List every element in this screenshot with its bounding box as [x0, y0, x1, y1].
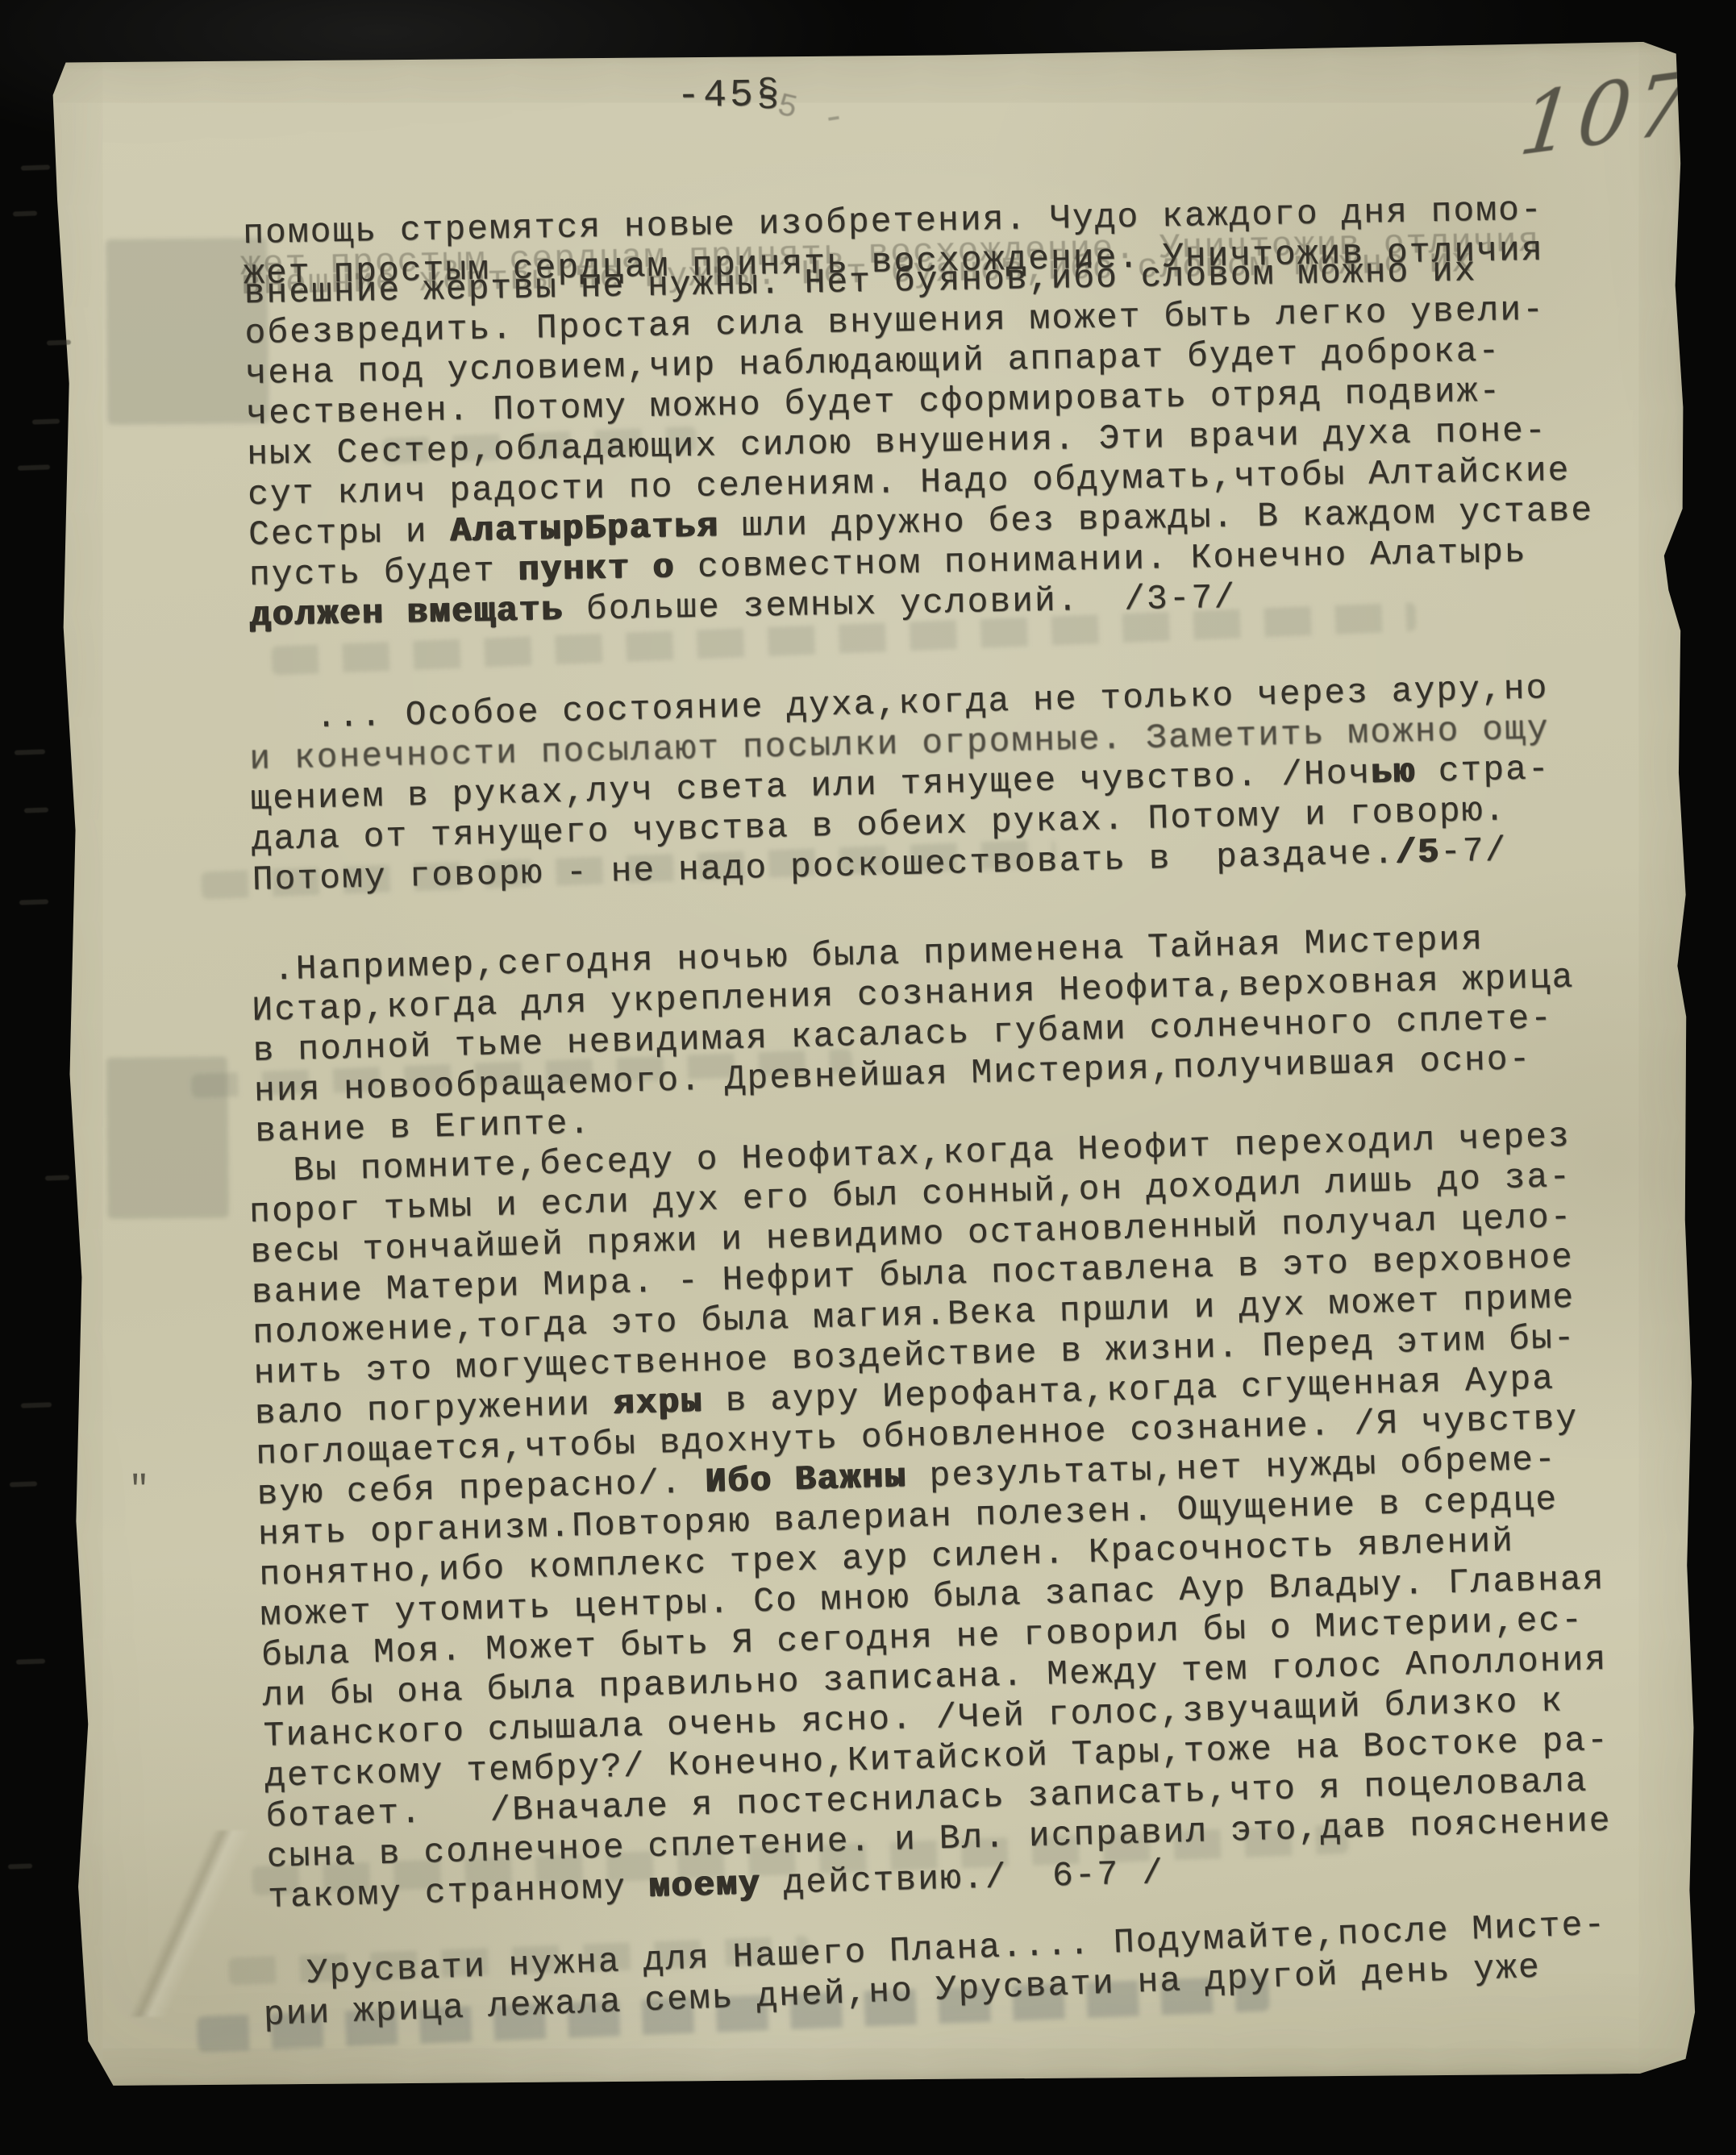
typed-segment: Сестры и	[248, 511, 451, 555]
margin-mark	[8, 1863, 32, 1869]
handwritten-folio-number: 107	[1515, 49, 1718, 176]
overtyped-text: /5	[1395, 832, 1441, 872]
margin-mark	[24, 807, 48, 813]
paragraph: Вы помните,беседу о Неофитах,когда Неофи…	[248, 1114, 1663, 1917]
typed-segment: -7/	[1439, 830, 1508, 872]
pencil-dash: -	[819, 95, 852, 142]
margin-mark	[13, 210, 37, 216]
overtyped-text: Ибо Важны	[705, 1457, 907, 1502]
margin-mark	[15, 749, 45, 755]
paragraph: .Например,сегодня ночью была применена Т…	[251, 915, 1651, 1152]
typed-segment: стра-	[1415, 749, 1551, 792]
page-number-text: -45	[676, 73, 756, 118]
bleed-through-smudge	[106, 1056, 229, 1219]
overtyped-text: ью	[1371, 752, 1417, 793]
typed-text: помощь стремятся новые изобретения. Чудо…	[244, 199, 1659, 2036]
margin-mark	[16, 1658, 45, 1664]
paragraph: помощь стремятся новые изобретения. Чудо…	[243, 188, 1645, 636]
margin-mark	[18, 464, 50, 470]
overtyped-text: пункт о	[518, 547, 676, 590]
margin-mark	[21, 164, 50, 170]
margin-mark	[45, 1175, 69, 1180]
overtyped-text: яхры	[613, 1382, 704, 1424]
paragraph: ... Особое состояние духа,когда не тольк…	[248, 666, 1647, 901]
margin-mark	[47, 339, 71, 345]
overtyped-text: моему	[648, 1864, 761, 1907]
margin-mark	[10, 1481, 37, 1487]
typed-segment: пусть будет	[249, 551, 518, 595]
paragraph: Урусвати нужна для Нашего Плана.... Поду…	[261, 1903, 1659, 2036]
scan-background: -45§-5- 107 " помощь стремятся новые изо…	[0, 0, 1736, 2155]
margin-quote-mark: "	[128, 1470, 150, 1510]
overtyped-text: АлатырБратья	[450, 506, 719, 551]
page-number: -45§-5-	[676, 73, 828, 119]
overtyped-text: должен вмещать	[250, 590, 564, 635]
margin-mark	[32, 418, 60, 424]
margin-mark	[19, 899, 48, 905]
margin-mark	[21, 1402, 52, 1408]
document-page: -45§-5- 107 " помощь стремятся новые изо…	[40, 41, 1705, 2090]
